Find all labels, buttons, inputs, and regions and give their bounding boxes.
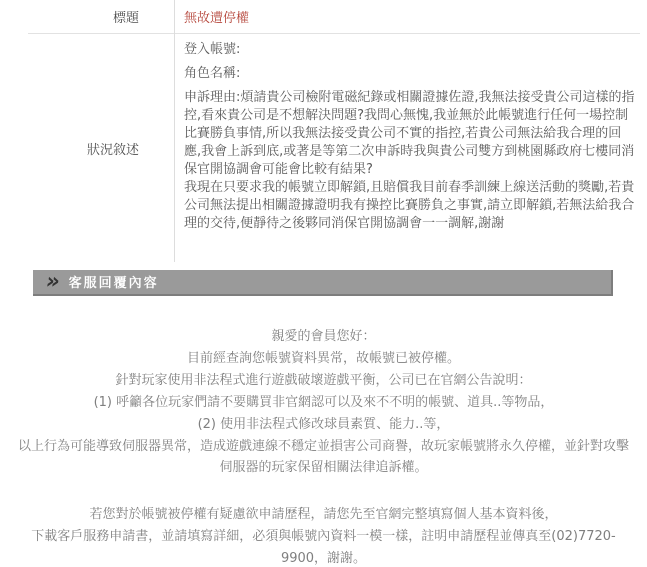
- status-row: 狀況敘述 登入帳號: 角色名稱: 申訴理由:煩請貴公司檢附電磁紀錄或相關證據佐證…: [28, 34, 640, 262]
- ticket-form: 標題 無故遭停權 狀況敘述 登入帳號: 角色名稱: 申訴理由:煩請貴公司檢附電磁…: [28, 0, 640, 262]
- reply-line: 目前經查詢您帳號資料異常，故帳號已被停權。: [14, 348, 633, 369]
- reply-header-banner: » 客服回覆內容: [33, 270, 613, 296]
- title-label: 標題: [28, 0, 175, 34]
- reply-line: (2) 使用非法程式修改球員素質、能力..等，: [14, 414, 633, 435]
- reply-line: 以上行為可能導致伺服器異常，造成遊戲連線不穩定並損害公司商譽，故玩家帳號將永久停…: [14, 436, 633, 478]
- status-content: 登入帳號: 角色名稱: 申訴理由:煩請貴公司檢附電磁紀錄或相關證據佐證,我無法接…: [175, 34, 640, 262]
- reply-line: 針對玩家使用非法程式進行遊戲破壞遊戲平衡，公司已在官網公告說明：: [14, 370, 633, 391]
- reply-closing-line: 下載客戶服務申請書，並請填寫詳細，必須與帳號內資料一模一樣，註明申請歷程並傳真至…: [14, 526, 633, 547]
- login-account-line: 登入帳號:: [184, 41, 638, 59]
- reply-header-label: 客服回覆內容: [69, 272, 159, 292]
- reply-section: 親愛的會員您好： 目前經查詢您帳號資料異常，故帳號已被停權。 針對玩家使用非法程…: [0, 296, 647, 567]
- double-chevron-icon: »: [46, 269, 60, 293]
- reply-line: (1) 呼籲各位玩家們請不要購買非官網認可以及來不不明的帳號、道具..等物品，: [14, 392, 633, 413]
- reply-closing: 若您對於帳號被停權有疑慮欲申請歷程，請您先至官網完整填寫個人基本資料後， 下載客…: [14, 504, 633, 567]
- reply-greeting: 親愛的會員您好：: [14, 326, 633, 347]
- reply-closing-line: 若您對於帳號被停權有疑慮欲申請歷程，請您先至官網完整填寫個人基本資料後，: [14, 504, 633, 525]
- title-row: 標題 無故遭停權: [28, 0, 640, 34]
- reply-closing-line: 9900，謝謝。: [14, 548, 633, 567]
- complaint-paragraph-2: 我現在只要求我的帳號立即解鎖,且賠償我目前春季訓練上線送活動的獎勵,若貴公司無法…: [184, 179, 638, 233]
- complaint-paragraph-1: 申訴理由:煩請貴公司檢附電磁紀錄或相關證據佐證,我無法接受貴公司這樣的指控,看來…: [184, 89, 638, 179]
- character-name-line: 角色名稱:: [184, 65, 638, 83]
- status-label: 狀況敘述: [28, 34, 175, 262]
- title-value: 無故遭停權: [175, 7, 249, 26]
